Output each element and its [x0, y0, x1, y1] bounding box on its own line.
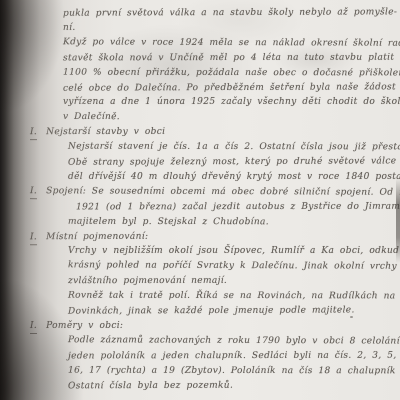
line-text: Vrchy v nejbližším okolí jsou Šípovec, R…: [68, 246, 400, 256]
section-number: I.: [30, 321, 37, 334]
line-text: Obě strany spojuje železný most, který p…: [68, 156, 400, 168]
handwritten-line: stavět škola nová v Unčíně měl po 4 léta…: [63, 53, 394, 65]
handwritten-line: Obě strany spojuje železný most, který p…: [68, 156, 400, 169]
section-heading-line: I.Nejstarší stavby v obci: [30, 127, 165, 140]
line-text: celé obce do Dalečína. Po předběžném šet…: [63, 82, 396, 93]
line-text: Ostatní čísla byla bez pozemků.: [68, 381, 233, 392]
handwritten-line: Ostatní čísla byla bez pozemků.: [68, 381, 233, 393]
line-text: 16, 17 (rychta) a 19 (Zbytov). Pololáník…: [68, 366, 400, 377]
scanned-page: pukla první světová válka a na stavbu šk…: [0, 0, 400, 400]
handwritten-line: Když po válce v roce 1924 měla se na nák…: [63, 37, 400, 49]
line-text: Spojení: Se sousedními obcemi má obec do…: [46, 186, 400, 198]
section-heading-line: I.Poměry v obci:: [30, 321, 123, 334]
handwritten-line: majitelem byl p. Stejskal z Chudobína.: [68, 217, 269, 228]
line-text: 1100 % obecní přirážku, požádala naše ob…: [63, 68, 400, 79]
handwritten-line: v Dalečíně.: [63, 112, 120, 123]
line-text: vyřízena a dne 1 února 1925 začaly všech…: [63, 97, 400, 107]
line-text: děl dřívější 40 m dlouhý dřevěný krytý m…: [68, 172, 400, 182]
handwritten-line: Nejstarší stavení je čís. 1a a čís 2. Os…: [68, 142, 400, 154]
section-heading-line: I.Místní pojmenování:: [30, 232, 148, 245]
handwritten-line: pukla první světová válka a na stavbu šk…: [63, 7, 397, 19]
handwritten-line: celé obce do Dalečína. Po předběžném šet…: [63, 82, 396, 94]
handwritten-line: Rovněž tak i tratě polí. Říká se na Rovi…: [68, 291, 396, 303]
line-text: Poměry v obci:: [46, 321, 123, 331]
text-layer: pukla první světová válka a na stavbu šk…: [0, 0, 400, 400]
handwritten-line: Vrchy v nejbližším okolí jsou Šípovec, R…: [68, 246, 400, 257]
line-text: 1921 (od 1 března) začal jezdit autobus …: [76, 202, 400, 213]
line-text: pukla první světová válka a na stavbu šk…: [63, 7, 397, 18]
handwritten-line: Dovinkách, jinak se každé pole jmenuje p…: [68, 305, 355, 317]
line-text: krásný pohled na poříčí Svratky k Dalečí…: [68, 260, 397, 271]
line-text: Místní pojmenování:: [46, 232, 148, 242]
handwritten-line: ní.: [63, 23, 76, 34]
handwritten-line: děl dřívější 40 m dlouhý dřevěný krytý m…: [68, 172, 400, 183]
handwritten-line: zvláštního pojmenování nemají.: [68, 276, 227, 287]
handwritten-line: 16, 17 (rychta) a 19 (Zbytov). Pololáník…: [68, 366, 400, 378]
line-text: Rovněž tak i tratě polí. Říká se na Rovi…: [68, 291, 396, 302]
line-text: zvláštního pojmenování nemají.: [68, 276, 227, 286]
handwritten-line: 1921 (od 1 března) začal jezdit autobus …: [76, 202, 400, 214]
handwritten-line: Podle záznamů zachovaných z roku 1790 by…: [68, 335, 400, 348]
line-text: Když po válce v roce 1924 měla se na nák…: [63, 37, 400, 48]
handwritten-line: vyřízena a dne 1 února 1925 začaly všech…: [63, 97, 400, 108]
line-text: majitelem byl p. Stejskal z Chudobína.: [68, 217, 269, 227]
section-number: I.: [30, 186, 37, 199]
line-text: Dovinkách, jinak se každé pole jmenuje p…: [68, 305, 355, 316]
handwritten-line: jeden pololáník a jeden chalupník. Sedlá…: [68, 351, 400, 363]
line-text: jeden pololáník a jeden chalupník. Sedlá…: [68, 351, 400, 362]
line-text: Nejstarší stavby v obci: [46, 127, 165, 137]
line-text: Podle záznamů zachovaných z roku 1790 by…: [68, 335, 400, 347]
line-text: Nejstarší stavení je čís. 1a a čís 2. Os…: [68, 142, 400, 153]
line-text: v Dalečíně.: [63, 112, 120, 122]
handwritten-line: krásný pohled na poříčí Svratky k Dalečí…: [68, 260, 397, 272]
section-number: I.: [30, 127, 37, 140]
line-text: ní.: [63, 23, 76, 33]
handwritten-line: 1100 % obecní přirážku, požádala naše ob…: [63, 68, 400, 80]
section-heading-line: I.Spojení: Se sousedními obcemi má obec …: [30, 186, 400, 201]
section-number: I.: [30, 232, 37, 245]
line-text: stavět škola nová v Unčíně měl po 4 léta…: [63, 53, 394, 64]
